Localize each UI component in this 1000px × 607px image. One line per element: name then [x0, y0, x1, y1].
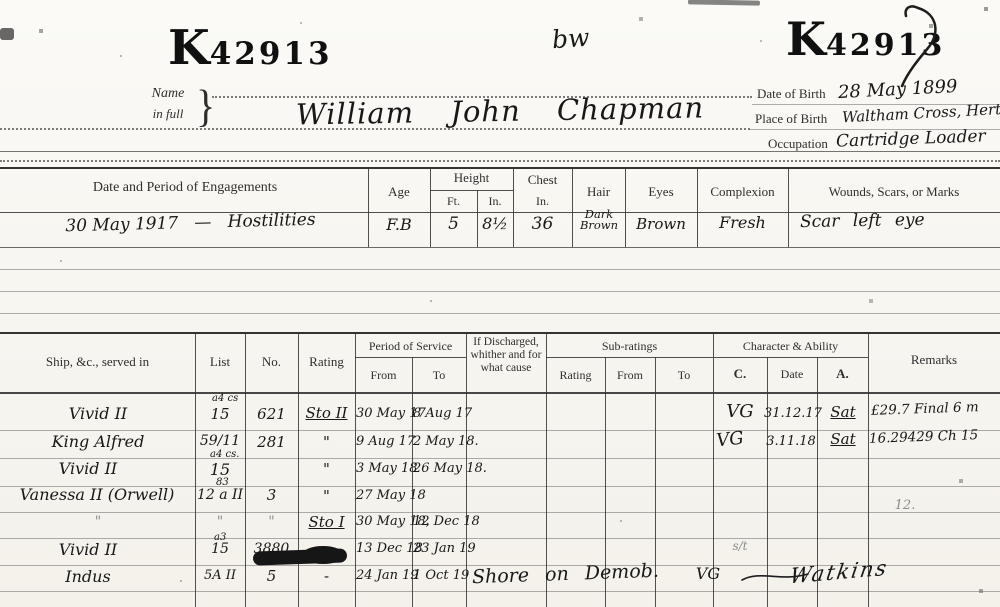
- col-header-remarks: Remarks: [868, 352, 1000, 368]
- brace-glyph: }: [196, 78, 215, 132]
- paper-smudge: [0, 28, 14, 40]
- name-in-full-label: in full: [138, 106, 198, 122]
- service-remarks: 16.29429 Ch 15: [869, 427, 979, 447]
- service-rating: -: [299, 567, 354, 585]
- col-header-a: A.: [817, 366, 868, 382]
- stamp-prefix: K: [168, 20, 210, 76]
- col-header-to: To: [412, 368, 466, 383]
- col-header-sub-rating: Rating: [546, 368, 605, 383]
- col-header-age: Age: [368, 184, 430, 200]
- col-header-rating: Rating: [298, 354, 355, 370]
- stamp-prefix: K: [786, 12, 826, 66]
- service-ship-ditto: ": [8, 514, 188, 530]
- dob-label: Date of Birth: [757, 86, 826, 102]
- service-to: 8 Aug 17: [413, 406, 466, 421]
- row-rule: [0, 247, 1000, 248]
- engagement-height-ft: 5: [430, 214, 477, 234]
- col-header-sub-to: To: [655, 368, 713, 383]
- service-no: 5: [246, 567, 297, 585]
- col-header-c: C.: [713, 366, 767, 382]
- row-rule: [0, 591, 1000, 592]
- engagement-hair: Dark Brown: [574, 209, 624, 231]
- col-header-ship: Ship, &c., served in: [0, 354, 195, 370]
- engagement-age: F.B: [368, 215, 430, 234]
- height-subdivider-rule: [430, 190, 513, 191]
- service-to: 23 Jan 19: [413, 541, 466, 556]
- col-header-wounds: Wounds, Scars, or Marks: [788, 184, 1000, 200]
- row-rule: [0, 512, 1000, 513]
- col-header-subratings: Sub-ratings: [546, 339, 713, 354]
- engagement-wounds: Scar left eye: [800, 210, 925, 232]
- service-from: 30 May 17: [356, 406, 412, 421]
- pob-label: Place of Birth: [755, 111, 827, 127]
- service-list: 15: [196, 541, 244, 557]
- engagement-complexion: Fresh: [697, 213, 788, 232]
- service-from: 13 Dec 18: [356, 541, 412, 556]
- service-to: 2 May 18.: [413, 434, 466, 449]
- empty-rule: [0, 313, 1000, 314]
- service-from: 9 Aug 17: [356, 434, 412, 449]
- col-header-complexion: Complexion: [697, 184, 788, 200]
- service-character-c: s/t: [714, 539, 766, 553]
- column-divider: [245, 332, 246, 607]
- service-ship: Vivid II: [8, 404, 188, 423]
- group-subdivider-rule: [546, 357, 713, 358]
- column-divider: [572, 167, 573, 247]
- service-character-c: VG: [686, 564, 730, 583]
- service-rating: Sto I: [299, 513, 354, 531]
- service-to: 12 Dec 18: [413, 514, 466, 529]
- col-header-ft: Ft.: [430, 194, 477, 209]
- engagement-chest: 36: [513, 214, 572, 234]
- service-to: 1 Oct 19: [413, 568, 466, 583]
- row-rule: [0, 538, 1000, 539]
- service-character-a: 12.: [880, 498, 930, 513]
- col-header-sub-from: From: [605, 368, 655, 383]
- reference-stamp-left: K42913: [168, 20, 333, 76]
- col-header-hair: Hair: [572, 184, 625, 200]
- occupation-label: Occupation: [768, 136, 828, 152]
- paper-smudge: [688, 0, 760, 6]
- service-character-a: Sat: [818, 430, 868, 448]
- col-header-engagements: Date and Period of Engagements: [20, 180, 350, 196]
- empty-rule: [0, 269, 1000, 270]
- col-header-date: Date: [767, 367, 817, 382]
- service-no-ditto: ": [246, 514, 297, 530]
- service-list: 59/11: [196, 433, 244, 449]
- service-character-a: Sat: [818, 403, 868, 421]
- service-rating: ": [299, 460, 354, 478]
- col-header-period: Period of Service: [355, 339, 466, 354]
- handwritten-annotation: bw: [551, 23, 590, 55]
- col-header-eyes: Eyes: [625, 184, 697, 200]
- service-ship: Vivid II: [8, 459, 168, 478]
- service-ship: Vivid II: [8, 540, 168, 559]
- service-rating: ": [299, 433, 354, 451]
- signature-flourish: [740, 566, 810, 586]
- service-from: 3 May 18: [356, 461, 412, 476]
- col-header-character: Character & Ability: [713, 339, 868, 354]
- column-divider: [625, 167, 626, 247]
- stamp-digits: 42913: [210, 36, 333, 72]
- service-no: 621: [246, 405, 297, 423]
- group-subdivider-rule: [355, 357, 466, 358]
- service-list: 5A II: [194, 568, 246, 583]
- col-header-chest: Chest: [513, 172, 572, 188]
- ink-blot: [302, 546, 344, 564]
- service-from: 24 Jan 19: [356, 568, 412, 583]
- col-header-in: In.: [477, 194, 513, 209]
- service-rating: ": [299, 487, 354, 505]
- paper-speckle: [0, 0, 2, 2]
- col-header-chest-in: In.: [513, 194, 572, 209]
- header-bottom-rule: [0, 392, 1000, 394]
- service-from: 30 May 18,: [356, 514, 412, 529]
- name-label: Name: [138, 86, 198, 102]
- empty-rule: [0, 291, 1000, 292]
- rule: [0, 151, 1000, 152]
- service-remarks: £29.7 Final 6 m: [871, 399, 979, 419]
- rule: [0, 160, 1000, 162]
- column-divider: [368, 167, 369, 247]
- dob-value: 28 May 1899: [838, 76, 958, 103]
- service-list: 12 a II: [194, 487, 246, 503]
- service-record-sheet: K42913 bw K42913 Name in full } William …: [0, 0, 1000, 607]
- column-divider: [697, 167, 698, 247]
- col-header-discharged: If Discharged, whither and for what caus…: [468, 336, 544, 375]
- service-from: 27 May 18: [356, 488, 412, 503]
- service-character-c: VG: [703, 426, 757, 452]
- col-header-no: No.: [245, 354, 298, 370]
- service-character-date: 31.12.17: [764, 406, 818, 421]
- col-header-list: List: [195, 354, 245, 370]
- service-character-date: 3.11.18: [764, 434, 818, 449]
- group-subdivider-rule: [713, 357, 868, 358]
- service-character-c: VG: [714, 401, 766, 422]
- service-to: 26 May 18.: [413, 461, 466, 476]
- service-list-superscript: a4 cs: [212, 393, 257, 404]
- engagement-height-in: 8½: [477, 214, 513, 233]
- service-ship: King Alfred: [8, 432, 188, 451]
- service-list: 15: [196, 405, 244, 423]
- occupation-value: Cartridge Loader: [836, 126, 986, 151]
- service-list-ditto: ": [196, 514, 244, 530]
- service-ship: Vanessa II (Orwell): [2, 485, 192, 504]
- col-header-height: Height: [430, 170, 513, 186]
- column-divider: [788, 167, 789, 247]
- col-header-from: From: [355, 368, 412, 383]
- service-ship: Indus: [8, 567, 168, 586]
- rule: [0, 128, 750, 130]
- engagement-eyes: Brown: [625, 215, 697, 233]
- service-list-superscript: a4 cs.: [210, 449, 255, 460]
- table-top-rule: [0, 167, 1000, 169]
- service-no: 3: [246, 486, 297, 504]
- service-rating: Sto II: [299, 404, 354, 422]
- table-top-rule: [0, 332, 1000, 334]
- name-value: William John Chapman: [255, 90, 746, 133]
